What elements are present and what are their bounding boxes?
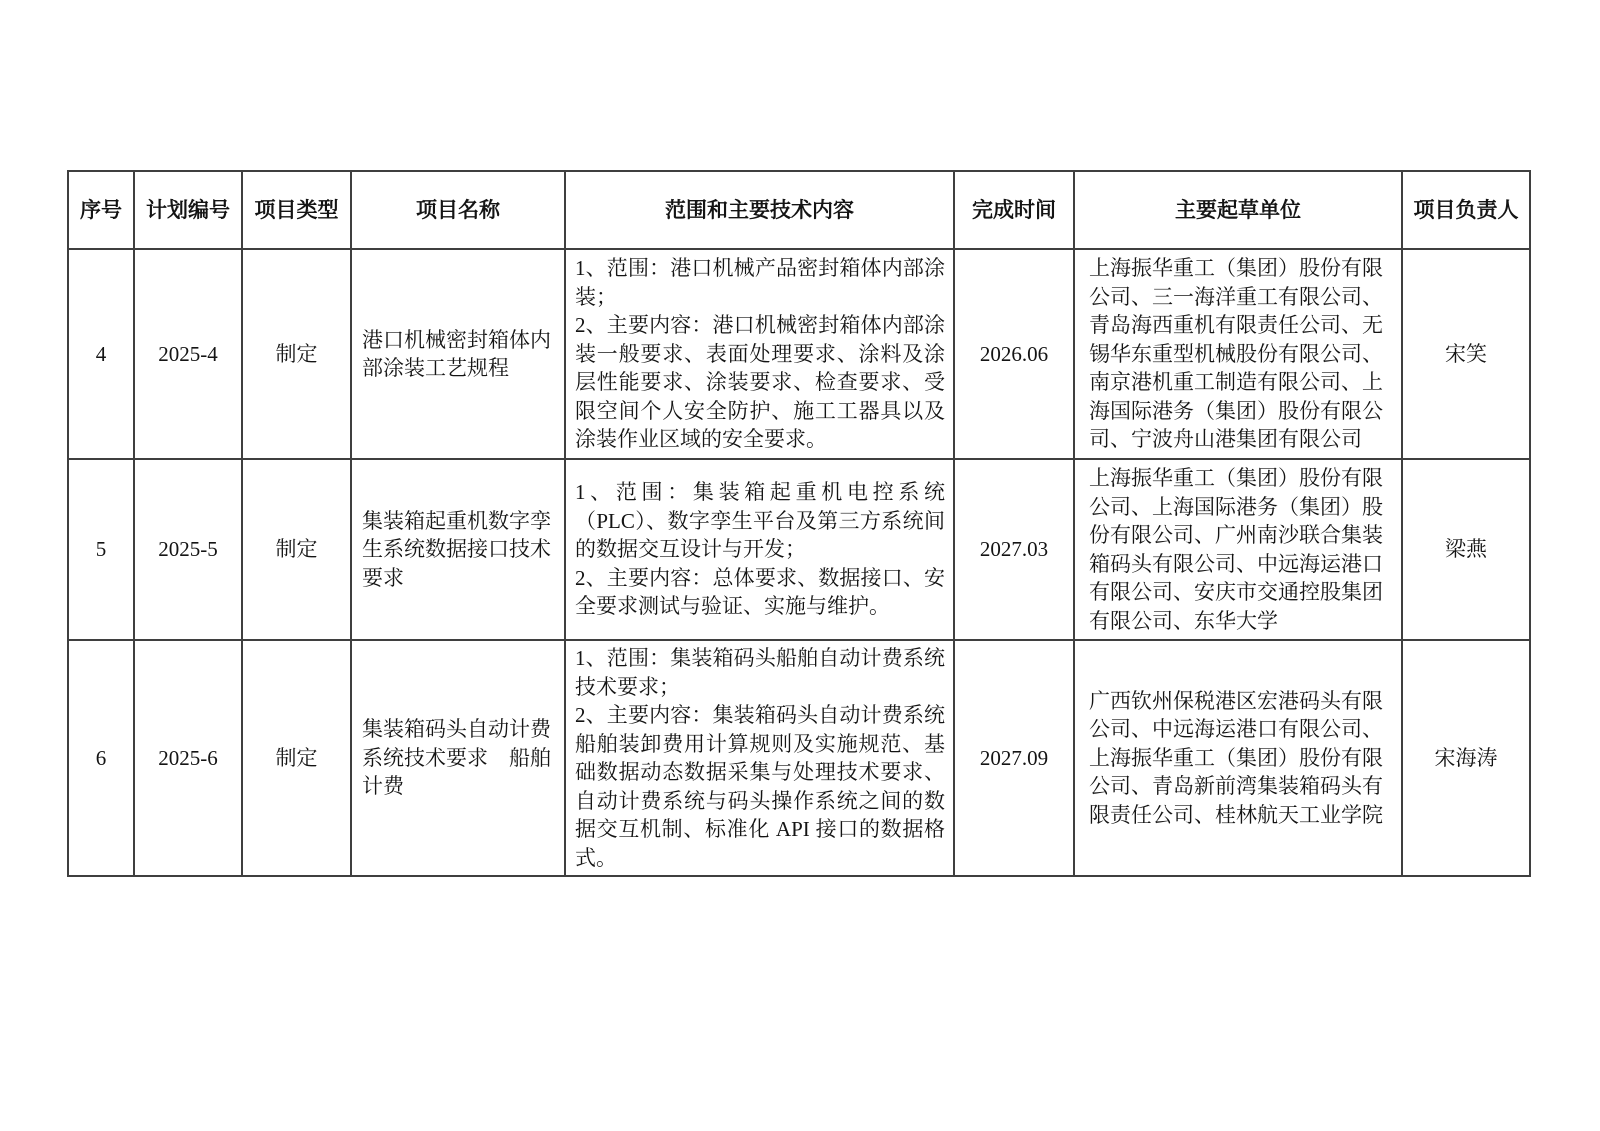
table-row: 5 2025-5 制定 集装箱起重机数字孪生系统数据接口技术要求 1、范围：集装…: [68, 459, 1530, 640]
cell-plan-no: 2025-5: [134, 459, 242, 640]
cell-plan-no: 2025-6: [134, 640, 242, 876]
table-row: 4 2025-4 制定 港口机械密封箱体内部涂装工艺规程 1、范围：港口机械产品…: [68, 249, 1530, 459]
col-header-name: 项目名称: [351, 171, 565, 249]
document-page: 序号 计划编号 项目类型 项目名称 范围和主要技术内容 完成时间 主要起草单位 …: [0, 0, 1600, 1131]
col-header-deadline: 完成时间: [954, 171, 1074, 249]
col-header-type: 项目类型: [242, 171, 351, 249]
cell-scope: 1、范围：集装箱码头船舶自动计费系统技术要求； 2、主要内容：集装箱码头自动计费…: [565, 640, 954, 876]
cell-leader: 梁燕: [1402, 459, 1530, 640]
cell-deadline: 2026.06: [954, 249, 1074, 459]
cell-name: 集装箱码头自动计费系统技术要求 船舶计费: [351, 640, 565, 876]
cell-index: 6: [68, 640, 134, 876]
cell-index: 5: [68, 459, 134, 640]
cell-scope: 1、范围：集装箱起重机电控系统（PLC）、数字孪生平台及第三方系统间的数据交互设…: [565, 459, 954, 640]
table-row: 6 2025-6 制定 集装箱码头自动计费系统技术要求 船舶计费 1、范围：集装…: [68, 640, 1530, 876]
cell-type: 制定: [242, 249, 351, 459]
cell-name: 港口机械密封箱体内部涂装工艺规程: [351, 249, 565, 459]
cell-leader: 宋海涛: [1402, 640, 1530, 876]
cell-type: 制定: [242, 459, 351, 640]
cell-type: 制定: [242, 640, 351, 876]
col-header-leader: 项目负责人: [1402, 171, 1530, 249]
cell-deadline: 2027.03: [954, 459, 1074, 640]
col-header-scope: 范围和主要技术内容: [565, 171, 954, 249]
cell-index: 4: [68, 249, 134, 459]
cell-units: 上海振华重工（集团）股份有限公司、上海国际港务（集团）股份有限公司、广州南沙联合…: [1074, 459, 1402, 640]
cell-plan-no: 2025-4: [134, 249, 242, 459]
cell-name: 集装箱起重机数字孪生系统数据接口技术要求: [351, 459, 565, 640]
cell-leader: 宋笑: [1402, 249, 1530, 459]
col-header-index: 序号: [68, 171, 134, 249]
table-header-row: 序号 计划编号 项目类型 项目名称 范围和主要技术内容 完成时间 主要起草单位 …: [68, 171, 1530, 249]
cell-deadline: 2027.09: [954, 640, 1074, 876]
col-header-units: 主要起草单位: [1074, 171, 1402, 249]
cell-units: 广西钦州保税港区宏港码头有限公司、中远海运港口有限公司、上海振华重工（集团）股份…: [1074, 640, 1402, 876]
col-header-plan-no: 计划编号: [134, 171, 242, 249]
cell-scope: 1、范围：港口机械产品密封箱体内部涂装； 2、主要内容：港口机械密封箱体内部涂装…: [565, 249, 954, 459]
cell-units: 上海振华重工（集团）股份有限公司、三一海洋重工有限公司、青岛海西重机有限责任公司…: [1074, 249, 1402, 459]
standards-plan-table: 序号 计划编号 项目类型 项目名称 范围和主要技术内容 完成时间 主要起草单位 …: [67, 170, 1531, 877]
